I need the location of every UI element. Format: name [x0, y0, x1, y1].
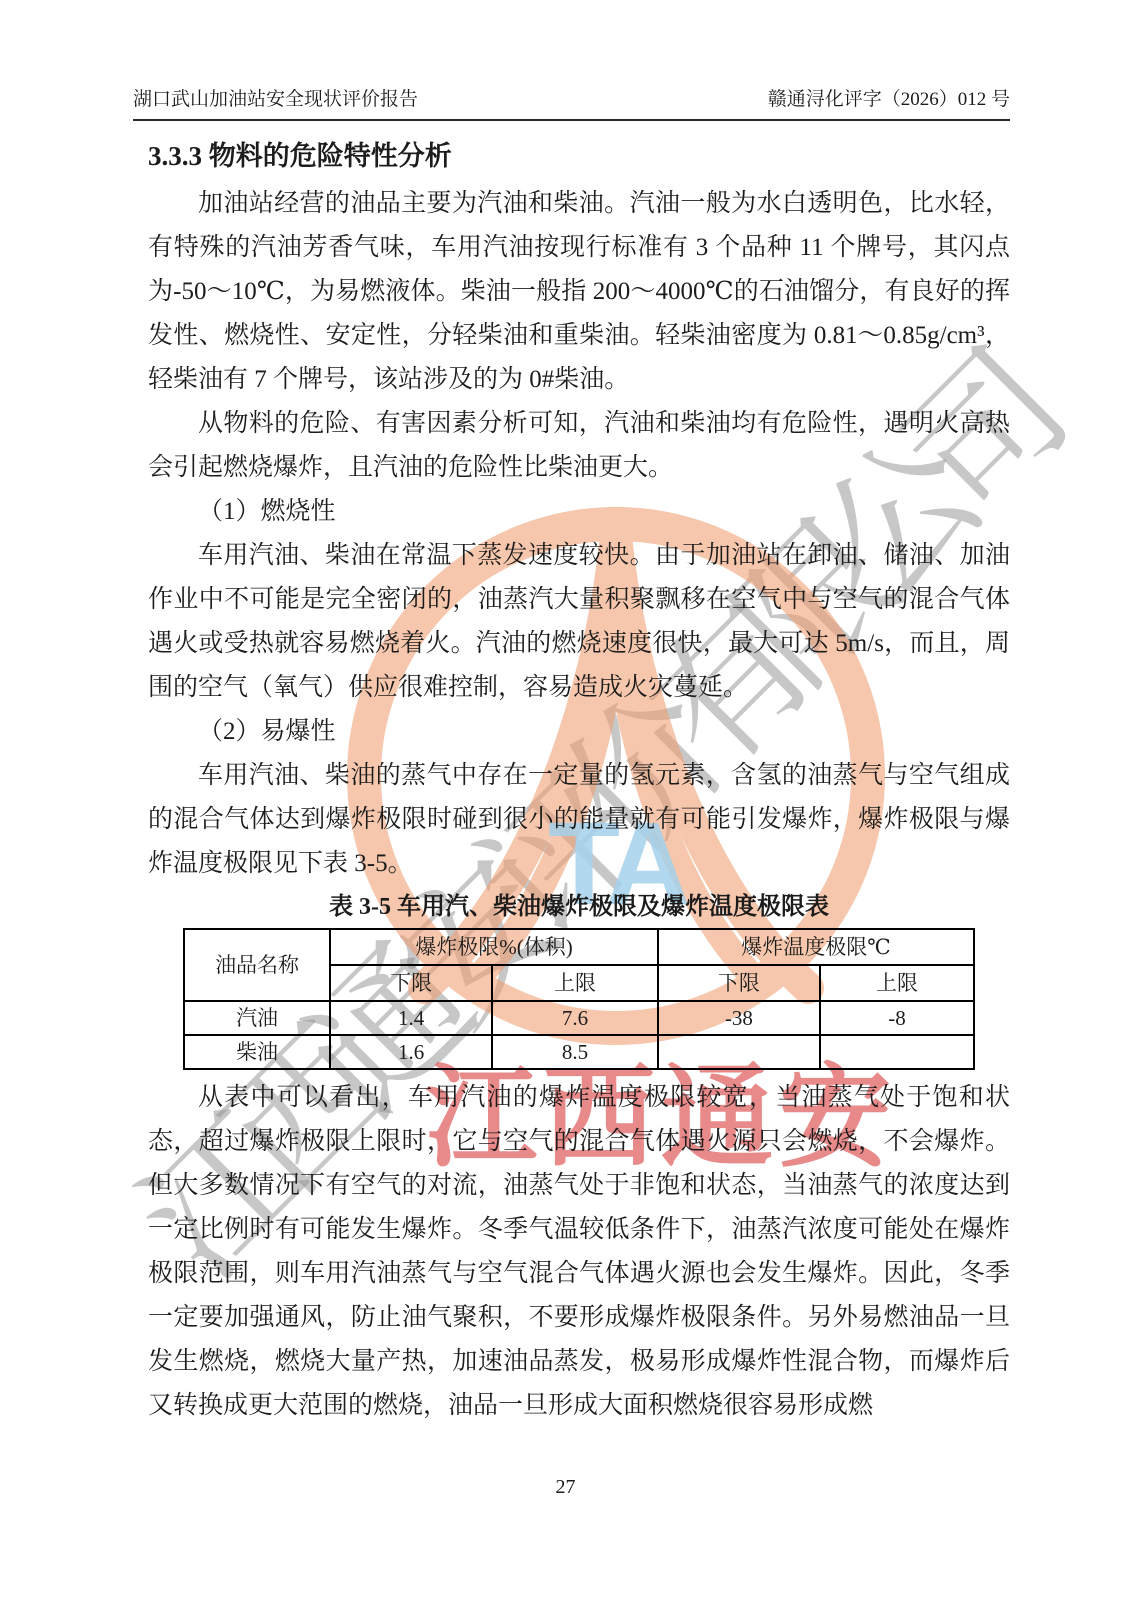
table-cell-et-lower [658, 1035, 820, 1069]
section-heading: 3.3.3 物料的危险特性分析 [148, 135, 1010, 177]
table-cell-name: 柴油 [184, 1035, 330, 1069]
table-header-explosion-temp-group: 爆炸温度极限℃ [658, 929, 974, 965]
table-row-gasoline: 汽油 1.4 7.6 -38 -8 [184, 1001, 974, 1035]
page-header: 湖口武山加油站安全现状评价报告 赣通浔化评字（2026）012 号 [133, 88, 1010, 121]
header-report-title: 湖口武山加油站安全现状评价报告 [133, 88, 418, 112]
table-header-et-lower: 下限 [658, 965, 820, 1001]
paragraph-table-analysis: 从表中可以看出，车用汽油的爆炸温度极限较宽，当油蒸气处于饱和状态，超过爆炸极限上… [148, 1076, 1010, 1428]
table-header-el-lower: 下限 [330, 965, 492, 1001]
page-content: 湖口武山加油站安全现状评价报告 赣通浔化评字（2026）012 号 3.3.3 … [0, 0, 1131, 1428]
table-cell-et-lower: -38 [658, 1001, 820, 1035]
table-cell-el-upper: 8.5 [492, 1035, 658, 1069]
list-item-flammability-heading: （1）燃烧性 [148, 490, 1010, 534]
table-header-et-upper: 上限 [820, 965, 974, 1001]
list-item-explosiveness-heading: （2）易爆性 [148, 710, 1010, 754]
page-number: 27 [0, 1476, 1131, 1499]
table-header-product: 油品名称 [184, 929, 330, 1001]
table-header-row-groups: 油品名称 爆炸极限%(体积) 爆炸温度极限℃ [184, 929, 974, 965]
explosion-limits-table: 油品名称 爆炸极限%(体积) 爆炸温度极限℃ 下限 上限 下限 上限 汽油 1.… [183, 928, 975, 1070]
table-cell-el-upper: 7.6 [492, 1001, 658, 1035]
paragraph-oil-products: 加油站经营的油品主要为汽油和柴油。汽油一般为水白透明色，比水轻，有特殊的汽油芳香… [148, 182, 1010, 402]
paragraph-flammability: 车用汽油、柴油在常温下蒸发速度较快。由于加油站在卸油、储油、加油作业中不可能是完… [148, 534, 1010, 710]
table-title: 表 3-5 车用汽、柴油爆炸极限及爆炸温度极限表 [148, 888, 1010, 926]
table-cell-el-lower: 1.4 [330, 1001, 492, 1035]
header-document-number: 赣通浔化评字（2026）012 号 [768, 88, 1010, 112]
table-header-explosion-limit-group: 爆炸极限%(体积) [330, 929, 658, 965]
table-cell-name: 汽油 [184, 1001, 330, 1035]
document-page: 江西通安评价有限公司 TA 江西通安 湖口武山加油站安全现状评价报告 赣通浔化评… [0, 0, 1131, 1600]
paragraph-hazard-summary: 从物料的危险、有害因素分析可知，汽油和柴油均有危险性，遇明火高热会引起燃烧爆炸，… [148, 402, 1010, 490]
table-row-diesel: 柴油 1.6 8.5 [184, 1035, 974, 1069]
table-header-el-upper: 上限 [492, 965, 658, 1001]
table-cell-el-lower: 1.6 [330, 1035, 492, 1069]
paragraph-explosiveness: 车用汽油、柴油的蒸气中存在一定量的氢元素，含氢的油蒸气与空气组成的混合气体达到爆… [148, 754, 1010, 886]
table-cell-et-upper: -8 [820, 1001, 974, 1035]
table-cell-et-upper [820, 1035, 974, 1069]
